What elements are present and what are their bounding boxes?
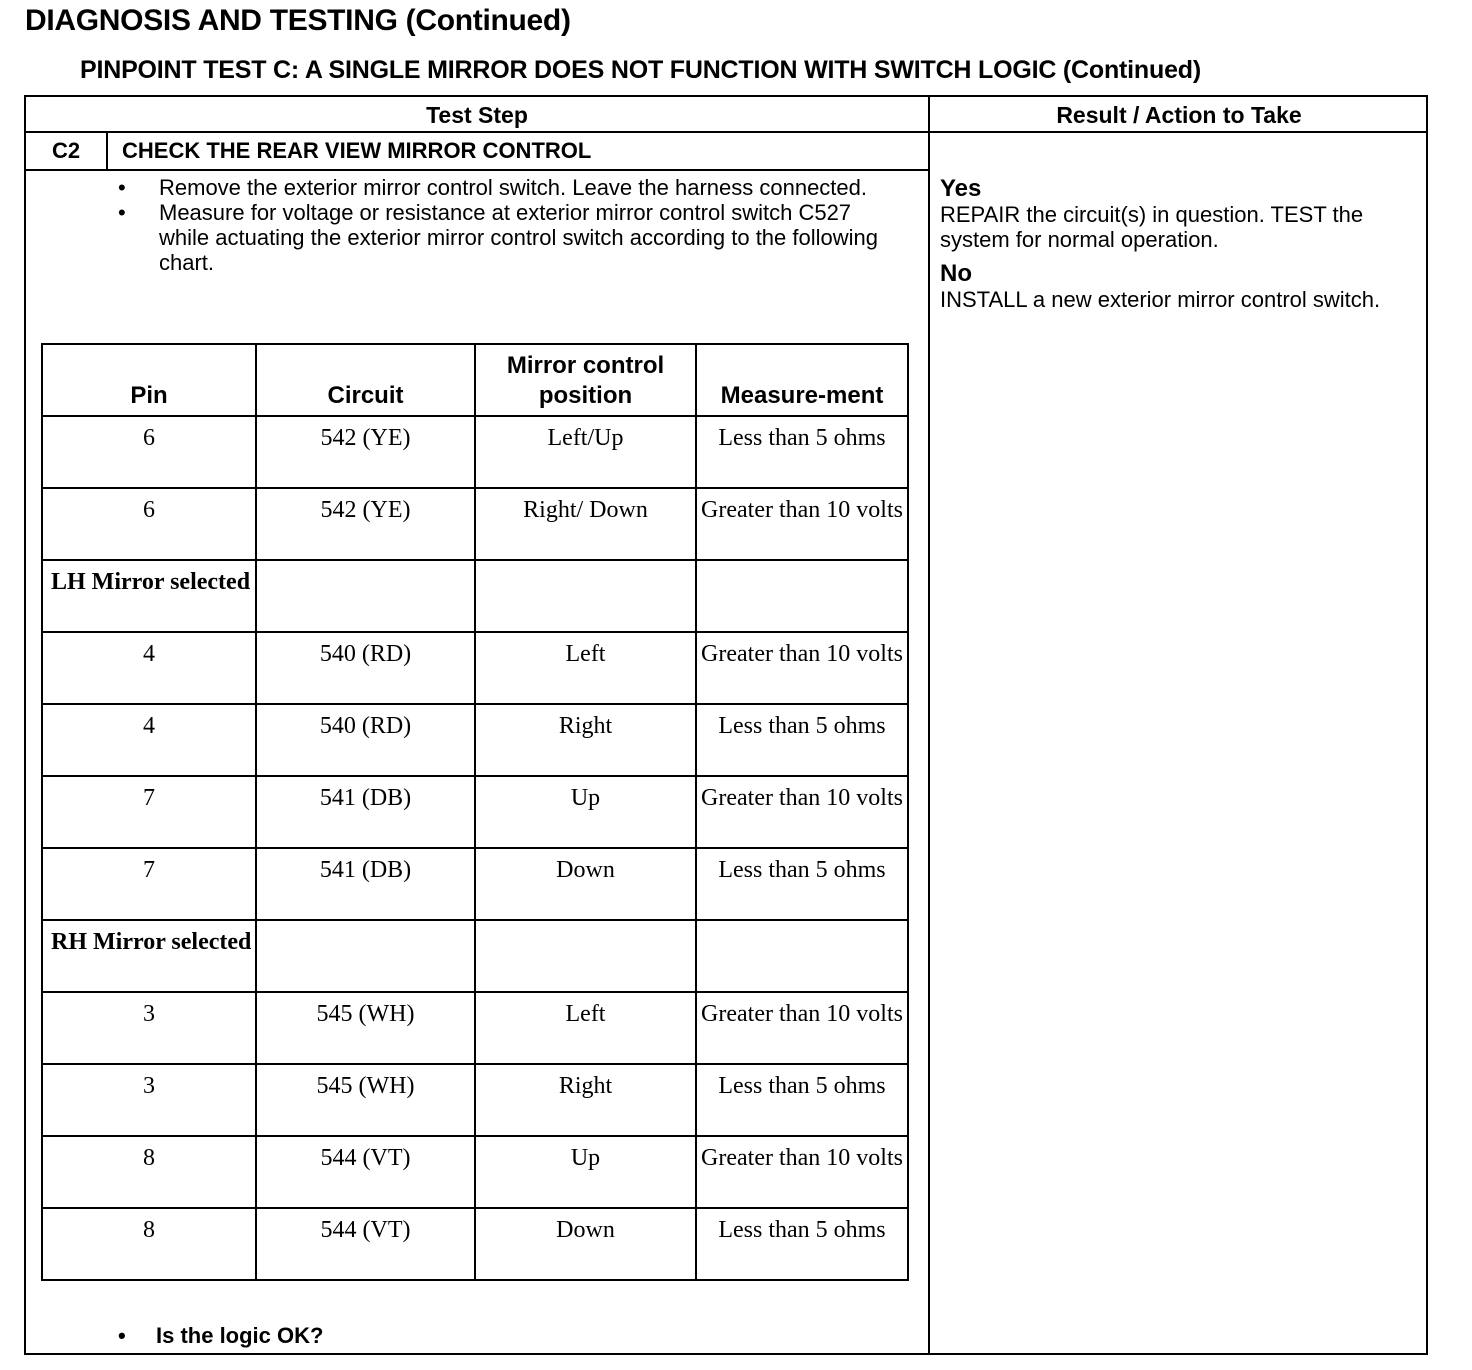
cell-circuit: 541 (DB) <box>256 776 475 848</box>
cell-circuit: 544 (VT) <box>256 1136 475 1208</box>
cell-pin: 3 <box>42 992 256 1064</box>
table-row: 6542 (YE)Left/UpLess than 5 ohms <box>42 416 908 488</box>
empty-cell <box>696 560 908 632</box>
cell-circuit: 541 (DB) <box>256 848 475 920</box>
result-no-action: INSTALL a new exterior mirror control sw… <box>940 287 1420 312</box>
bullet-icon: • <box>118 1323 156 1349</box>
cell-position: Down <box>475 1208 696 1280</box>
cell-position: Right/ Down <box>475 488 696 560</box>
table-row: 7541 (DB)UpGreater than 10 volts <box>42 776 908 848</box>
step-row: C2 CHECK THE REAR VIEW MIRROR CONTROL <box>26 133 928 171</box>
cell-circuit: 544 (VT) <box>256 1208 475 1280</box>
cell-measurement: Greater than 10 volts <box>696 632 908 704</box>
cell-position: Up <box>475 1136 696 1208</box>
cell-measurement: Greater than 10 volts <box>696 488 908 560</box>
pin-measurement-chart: Pin Circuit Mirror control position Meas… <box>41 343 909 1281</box>
cell-measurement: Greater than 10 volts <box>696 992 908 1064</box>
group-label: LH Mirror selected <box>42 560 256 632</box>
cell-pin: 6 <box>42 488 256 560</box>
cell-pin: 4 <box>42 704 256 776</box>
question: •Is the logic OK? <box>118 1323 323 1349</box>
cell-pin: 7 <box>42 848 256 920</box>
empty-cell <box>256 920 475 992</box>
cell-pin: 8 <box>42 1136 256 1208</box>
cell-position: Up <box>475 776 696 848</box>
group-row: RH Mirror selected <box>42 920 908 992</box>
cell-pin: 6 <box>42 416 256 488</box>
cell-position: Right <box>475 704 696 776</box>
result-yes-action: REPAIR the circuit(s) in question. TEST … <box>940 202 1420 252</box>
cell-pin: 7 <box>42 776 256 848</box>
column-divider <box>928 97 930 1353</box>
cell-position: Left/Up <box>475 416 696 488</box>
result-no-label: No <box>940 260 1420 287</box>
result-panel: Yes REPAIR the circuit(s) in question. T… <box>940 175 1420 320</box>
cell-position: Left <box>475 632 696 704</box>
pinpoint-test-title: PINPOINT TEST C: A SINGLE MIRROR DOES NO… <box>80 56 1201 85</box>
cell-measurement: Less than 5 ohms <box>696 848 908 920</box>
cell-position: Down <box>475 848 696 920</box>
header-measurement: Measure-ment <box>696 344 908 416</box>
result-action-header: Result / Action to Take <box>930 97 1428 133</box>
cell-measurement: Greater than 10 volts <box>696 1136 908 1208</box>
empty-cell <box>256 560 475 632</box>
cell-circuit: 542 (YE) <box>256 416 475 488</box>
table-row: 6542 (YE)Right/ DownGreater than 10 volt… <box>42 488 908 560</box>
cell-circuit: 545 (WH) <box>256 1064 475 1136</box>
cell-position: Left <box>475 992 696 1064</box>
table-row: 4540 (RD)RightLess than 5 ohms <box>42 704 908 776</box>
empty-cell <box>475 560 696 632</box>
chart-header-row: Pin Circuit Mirror control position Meas… <box>42 344 908 416</box>
cell-measurement: Less than 5 ohms <box>696 1064 908 1136</box>
step-name: CHECK THE REAR VIEW MIRROR CONTROL <box>122 133 591 169</box>
cell-measurement: Less than 5 ohms <box>696 416 908 488</box>
header-pin: Pin <box>42 344 256 416</box>
step-id: C2 <box>26 133 108 169</box>
cell-circuit: 540 (RD) <box>256 704 475 776</box>
cell-measurement: Less than 5 ohms <box>696 704 908 776</box>
cell-measurement: Greater than 10 volts <box>696 776 908 848</box>
header-position: Mirror control position <box>475 344 696 416</box>
empty-cell <box>696 920 908 992</box>
instruction-item: •Remove the exterior mirror control swit… <box>118 175 898 200</box>
test-step-header: Test Step <box>26 97 928 133</box>
table-row: 4540 (RD)LeftGreater than 10 volts <box>42 632 908 704</box>
cell-pin: 8 <box>42 1208 256 1280</box>
cell-pin: 4 <box>42 632 256 704</box>
cell-circuit: 540 (RD) <box>256 632 475 704</box>
cell-circuit: 542 (YE) <box>256 488 475 560</box>
group-label: RH Mirror selected <box>42 920 256 992</box>
cell-position: Right <box>475 1064 696 1136</box>
cell-pin: 3 <box>42 1064 256 1136</box>
table-row: 3545 (WH)LeftGreater than 10 volts <box>42 992 908 1064</box>
empty-cell <box>475 920 696 992</box>
table-row: 7541 (DB)DownLess than 5 ohms <box>42 848 908 920</box>
bullet-icon: • <box>118 175 126 200</box>
instruction-item: •Measure for voltage or resistance at ex… <box>118 200 898 275</box>
header-circuit: Circuit <box>256 344 475 416</box>
table-row: 3545 (WH)RightLess than 5 ohms <box>42 1064 908 1136</box>
cell-measurement: Less than 5 ohms <box>696 1208 908 1280</box>
group-row: LH Mirror selected <box>42 560 908 632</box>
test-step-table: Test Step Result / Action to Take C2 CHE… <box>24 95 1428 1355</box>
page-title: DIAGNOSIS AND TESTING (Continued) <box>25 4 571 38</box>
table-row: 8544 (VT)UpGreater than 10 volts <box>42 1136 908 1208</box>
result-yes-label: Yes <box>940 175 1420 202</box>
table-row: 8544 (VT)DownLess than 5 ohms <box>42 1208 908 1280</box>
instruction-list: •Remove the exterior mirror control swit… <box>118 175 898 275</box>
cell-circuit: 545 (WH) <box>256 992 475 1064</box>
bullet-icon: • <box>118 200 126 225</box>
